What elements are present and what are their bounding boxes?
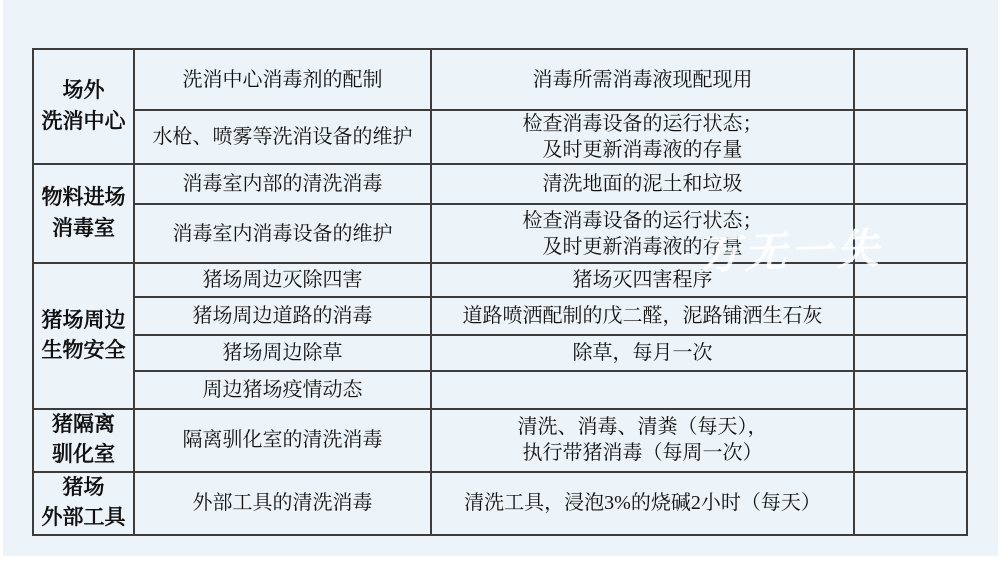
slide: 场外 洗消中心 洗消中心消毒剂的配制 消毒所需消毒液现配现用 水枪、喷雾等洗消设… bbox=[0, 0, 1000, 562]
slide-edge-bottom bbox=[0, 556, 1000, 562]
note-cell bbox=[854, 49, 967, 110]
note-cell bbox=[854, 297, 967, 335]
category-cell-offsite-wash-center: 场外 洗消中心 bbox=[33, 49, 134, 164]
standard-cell: 道路喷洒配制的戊二醛，泥路铺洒生石灰 bbox=[431, 297, 854, 335]
category-cell-isolation-room: 猪隔离 驯化室 bbox=[33, 409, 134, 472]
task-cell: 水枪、喷雾等洗消设备的维护 bbox=[134, 110, 431, 164]
standard-cell: 清洗、消毒、清粪（每天）， 执行带猪消毒（每周一次） bbox=[431, 409, 854, 472]
biosecurity-schedule-table: 场外 洗消中心 洗消中心消毒剂的配制 消毒所需消毒液现配现用 水枪、喷雾等洗消设… bbox=[32, 48, 968, 536]
table-row: 水枪、喷雾等洗消设备的维护 检查消毒设备的运行状态； 及时更新消毒液的存量 bbox=[33, 110, 967, 164]
standard-cell: 检查消毒设备的运行状态； 及时更新消毒液的存量 bbox=[431, 204, 854, 263]
table-row: 猪场 外部工具 外部工具的清洗消毒 清洗工具，浸泡3%的烧碱2小时（每天） bbox=[33, 472, 967, 535]
standard-cell: 猪场灭四害程序 bbox=[431, 263, 854, 297]
category-cell-external-tools: 猪场 外部工具 bbox=[33, 472, 134, 535]
table-row: 猪场周边 生物安全 猪场周边灭除四害 猪场灭四害程序 bbox=[33, 263, 967, 297]
note-cell bbox=[854, 335, 967, 371]
table-row: 猪隔离 驯化室 隔离驯化室的清洗消毒 清洗、消毒、清粪（每天）， 执行带猪消毒（… bbox=[33, 409, 967, 472]
task-cell: 周边猪场疫情动态 bbox=[134, 371, 431, 409]
table-row: 周边猪场疫情动态 bbox=[33, 371, 967, 409]
standard-cell: 检查消毒设备的运行状态； 及时更新消毒液的存量 bbox=[431, 110, 854, 164]
table-row: 猪场周边道路的消毒 道路喷洒配制的戊二醛，泥路铺洒生石灰 bbox=[33, 297, 967, 335]
note-cell bbox=[854, 472, 967, 535]
standard-cell: 清洗地面的泥土和垃圾 bbox=[431, 164, 854, 204]
note-cell bbox=[854, 263, 967, 297]
note-cell bbox=[854, 371, 967, 409]
task-cell: 猪场周边灭除四害 bbox=[134, 263, 431, 297]
note-cell bbox=[854, 409, 967, 472]
task-cell: 猪场周边道路的消毒 bbox=[134, 297, 431, 335]
task-cell: 猪场周边除草 bbox=[134, 335, 431, 371]
category-cell-perimeter-biosecurity: 猪场周边 生物安全 bbox=[33, 263, 134, 409]
table-row: 物料进场 消毒室 消毒室内部的清洗消毒 清洗地面的泥土和垃圾 bbox=[33, 164, 967, 204]
standard-cell: 除草，每月一次 bbox=[431, 335, 854, 371]
note-cell bbox=[854, 204, 967, 263]
standard-cell: 清洗工具，浸泡3%的烧碱2小时（每天） bbox=[431, 472, 854, 535]
task-cell: 消毒室内部的清洗消毒 bbox=[134, 164, 431, 204]
table-row: 消毒室内消毒设备的维护 检查消毒设备的运行状态； 及时更新消毒液的存量 bbox=[33, 204, 967, 263]
standard-cell bbox=[431, 371, 854, 409]
task-cell: 洗消中心消毒剂的配制 bbox=[134, 49, 431, 110]
table-row: 猪场周边除草 除草，每月一次 bbox=[33, 335, 967, 371]
category-cell-material-entry-room: 物料进场 消毒室 bbox=[33, 164, 134, 263]
task-cell: 消毒室内消毒设备的维护 bbox=[134, 204, 431, 263]
slide-edge-left bbox=[0, 0, 3, 562]
task-cell: 外部工具的清洗消毒 bbox=[134, 472, 431, 535]
task-cell: 隔离驯化室的清洗消毒 bbox=[134, 409, 431, 472]
note-cell bbox=[854, 110, 967, 164]
standard-cell: 消毒所需消毒液现配现用 bbox=[431, 49, 854, 110]
note-cell bbox=[854, 164, 967, 204]
table-row: 场外 洗消中心 洗消中心消毒剂的配制 消毒所需消毒液现配现用 bbox=[33, 49, 967, 110]
